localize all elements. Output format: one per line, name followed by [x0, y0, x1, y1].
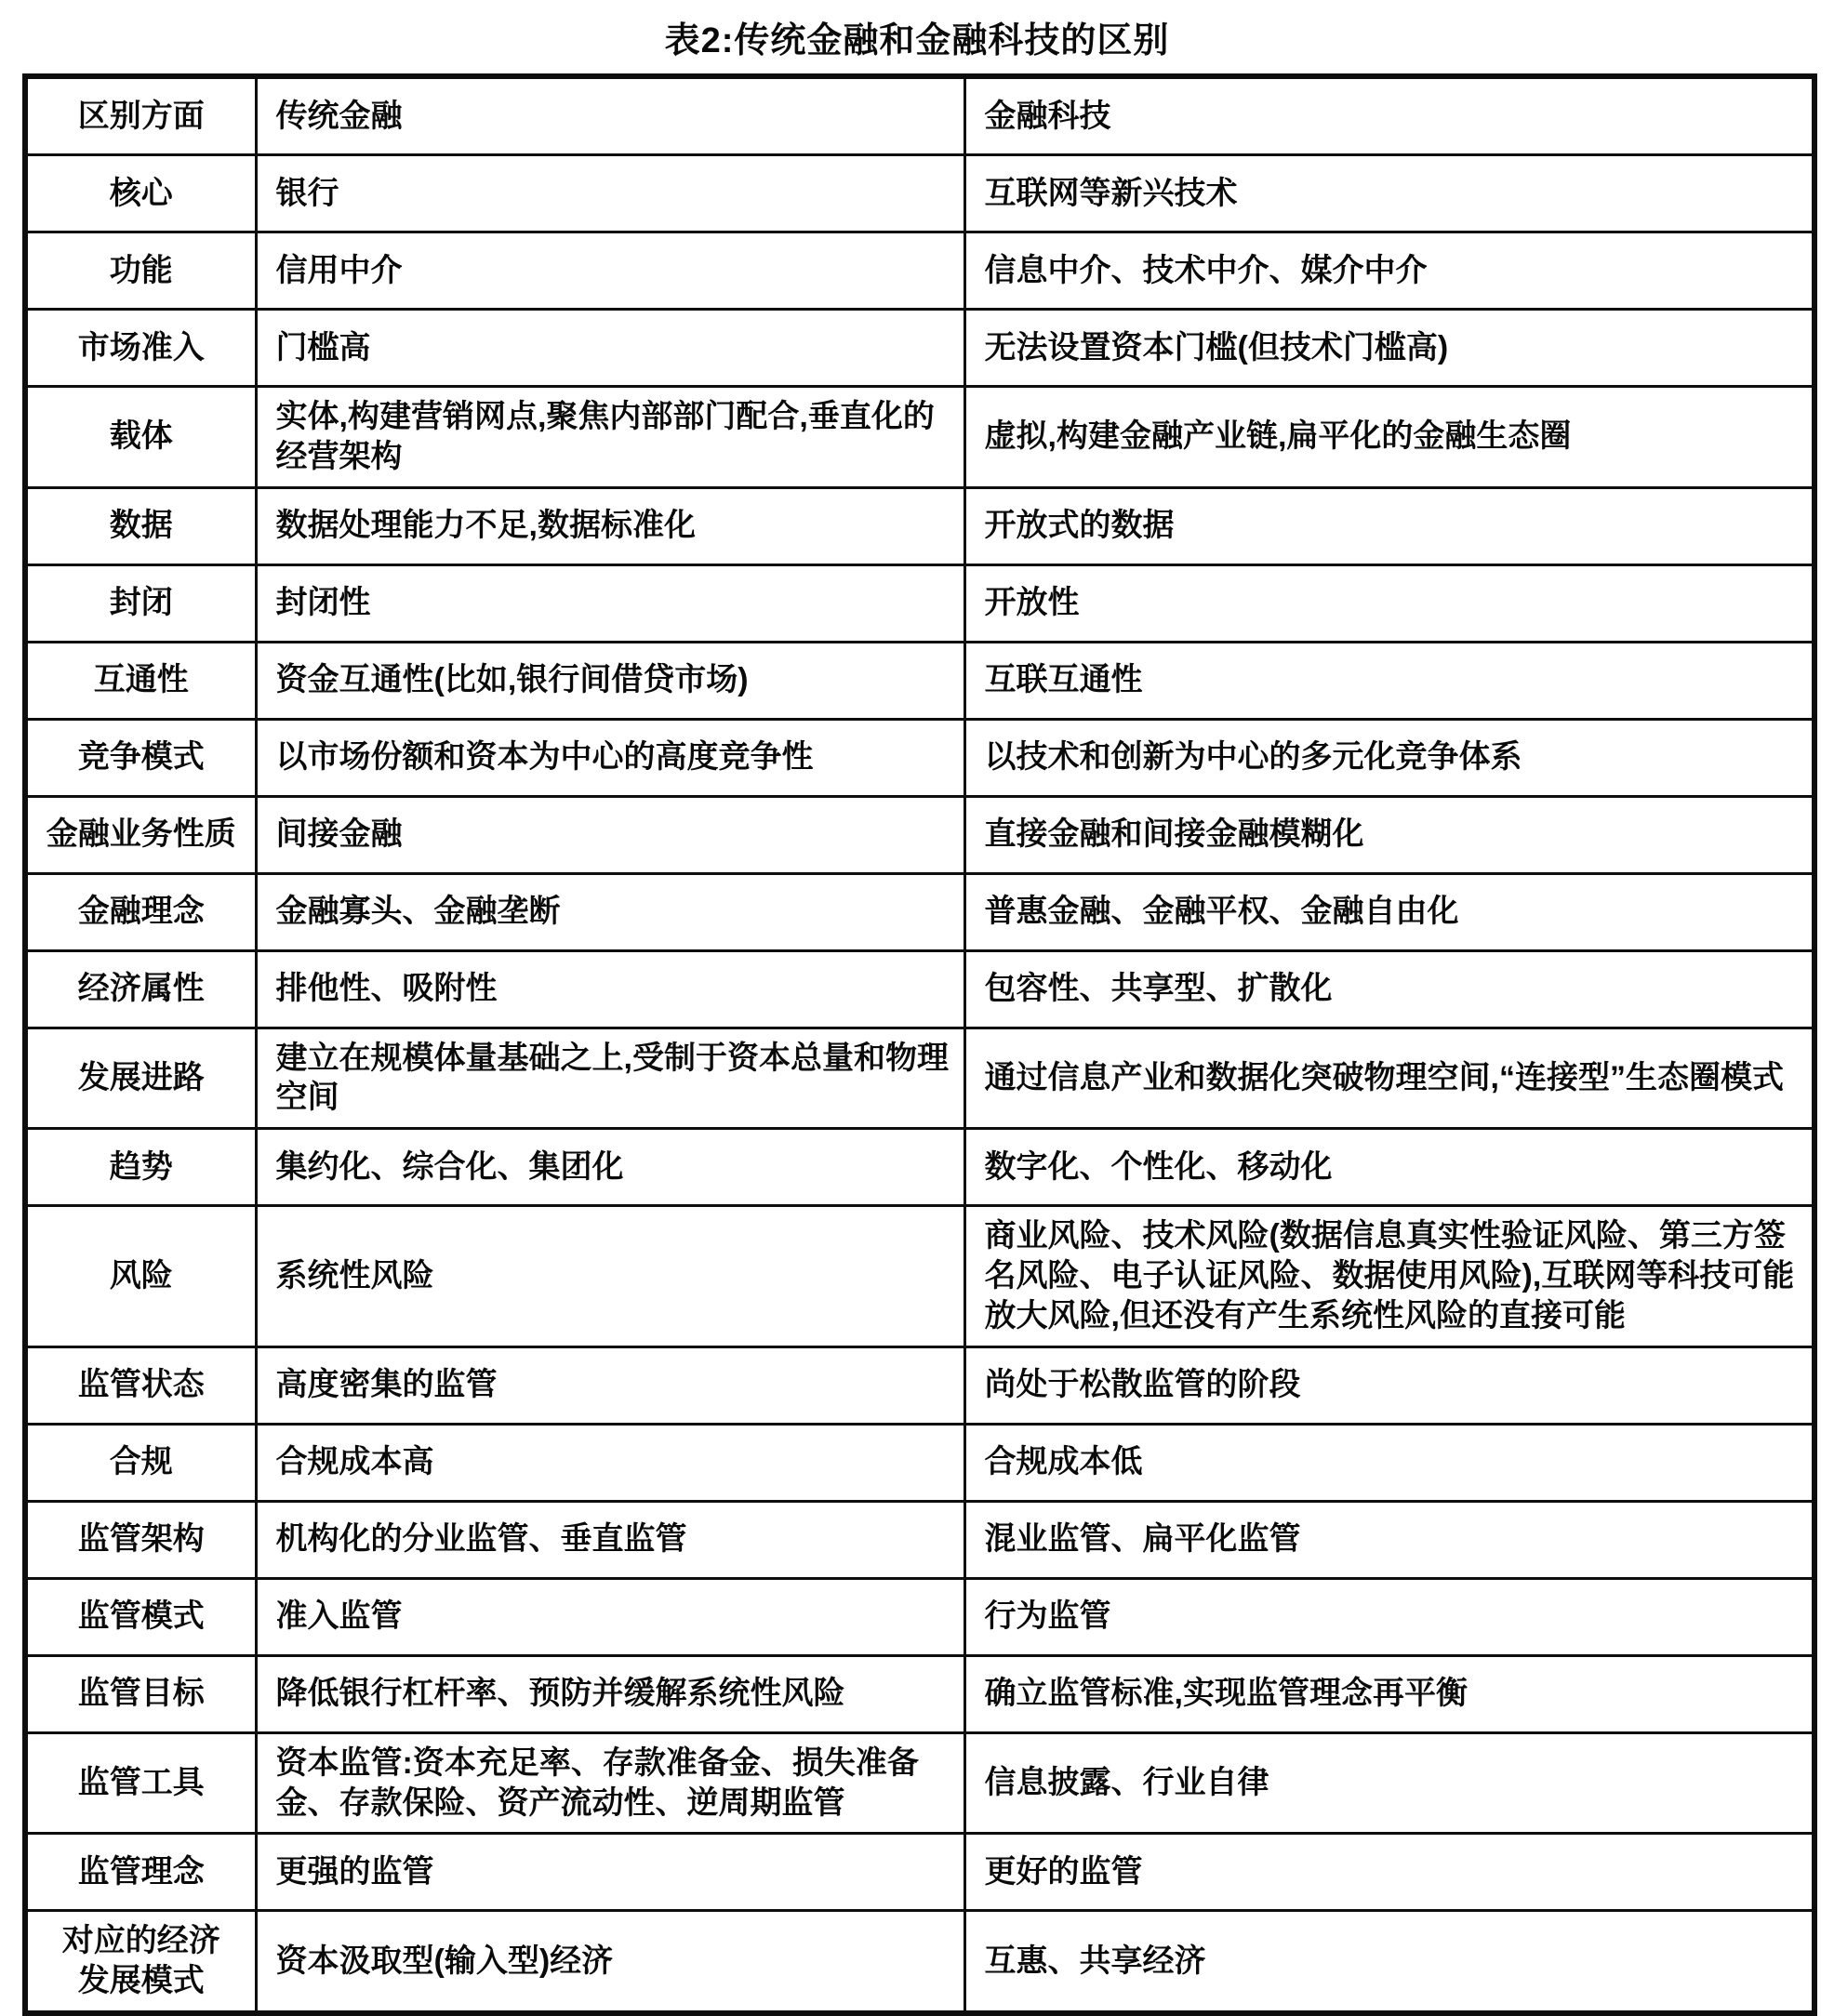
fintech-cell: 互惠、共享经济 [964, 1911, 1814, 2013]
table-row: 趋势集约化、综合化、集团化数字化、个性化、移动化 [25, 1129, 1814, 1206]
aspect-cell: 监管模式 [25, 1578, 256, 1655]
table-body: 核心银行互联网等新兴技术功能信用中介信息中介、技术中介、媒介中介市场准入门槛高无… [25, 155, 1814, 2014]
aspect-cell: 风险 [25, 1206, 256, 1346]
traditional-finance-cell: 更强的监管 [256, 1834, 964, 1911]
header-traditional-finance: 传统金融 [256, 76, 964, 155]
traditional-finance-cell: 降低银行杠杆率、预防并缓解系统性风险 [256, 1655, 964, 1732]
fintech-cell: 互联互通性 [964, 642, 1814, 719]
aspect-cell: 载体 [25, 387, 256, 488]
table-row: 对应的经济 发展模式资本汲取型(输入型)经济互惠、共享经济 [25, 1911, 1814, 2013]
table-row: 金融理念金融寡头、金融垄断普惠金融、金融平权、金融自由化 [25, 873, 1814, 950]
table-row: 载体实体,构建营销网点,聚焦内部部门配合,垂直化的经营架构虚拟,构建金融产业链,… [25, 387, 1814, 488]
fintech-cell: 合规成本低 [964, 1424, 1814, 1501]
table-row: 监管理念更强的监管更好的监管 [25, 1834, 1814, 1911]
aspect-cell: 监管目标 [25, 1655, 256, 1732]
table-row: 互通性资金互通性(比如,银行间借贷市场)互联互通性 [25, 642, 1814, 719]
aspect-cell: 监管架构 [25, 1501, 256, 1578]
aspect-cell: 监管工具 [25, 1732, 256, 1834]
fintech-cell: 普惠金融、金融平权、金融自由化 [964, 873, 1814, 950]
aspect-cell: 核心 [25, 155, 256, 232]
aspect-cell: 发展进路 [25, 1028, 256, 1129]
aspect-cell: 互通性 [25, 642, 256, 719]
traditional-finance-cell: 建立在规模体量基础之上,受制于资本总量和物理空间 [256, 1028, 964, 1129]
fintech-cell: 混业监管、扁平化监管 [964, 1501, 1814, 1578]
table-row: 经济属性排他性、吸附性包容性、共享型、扩散化 [25, 950, 1814, 1028]
table-row: 核心银行互联网等新兴技术 [25, 155, 1814, 232]
traditional-finance-cell: 高度密集的监管 [256, 1346, 964, 1424]
header-aspect: 区别方面 [25, 76, 256, 155]
fintech-cell: 确立监管标准,实现监管理念再平衡 [964, 1655, 1814, 1732]
table-row: 市场准入门槛高无法设置资本门槛(但技术门槛高) [25, 310, 1814, 387]
fintech-cell: 更好的监管 [964, 1834, 1814, 1911]
traditional-finance-cell: 以市场份额和资本为中心的高度竞争性 [256, 719, 964, 796]
header-fintech: 金融科技 [964, 76, 1814, 155]
aspect-cell: 数据 [25, 487, 256, 564]
traditional-finance-cell: 系统性风险 [256, 1206, 964, 1346]
table-row: 发展进路建立在规模体量基础之上,受制于资本总量和物理空间通过信息产业和数据化突破… [25, 1028, 1814, 1129]
traditional-finance-cell: 信用中介 [256, 232, 964, 310]
document-page: 表2:传统金融和金融科技的区别 区别方面 传统金融 金融科技 核心银行互联网等新… [0, 0, 1834, 2016]
aspect-cell: 监管状态 [25, 1346, 256, 1424]
aspect-cell: 竞争模式 [25, 719, 256, 796]
table-row: 合规合规成本高合规成本低 [25, 1424, 1814, 1501]
traditional-finance-cell: 数据处理能力不足,数据标准化 [256, 487, 964, 564]
table-row: 监管目标降低银行杠杆率、预防并缓解系统性风险确立监管标准,实现监管理念再平衡 [25, 1655, 1814, 1732]
aspect-cell: 封闭 [25, 564, 256, 642]
table-header: 区别方面 传统金融 金融科技 [25, 76, 1814, 155]
traditional-finance-cell: 集约化、综合化、集团化 [256, 1129, 964, 1206]
traditional-finance-cell: 资本汲取型(输入型)经济 [256, 1911, 964, 2013]
traditional-finance-cell: 间接金融 [256, 796, 964, 873]
traditional-finance-cell: 机构化的分业监管、垂直监管 [256, 1501, 964, 1578]
fintech-cell: 商业风险、技术风险(数据信息真实性验证风险、第三方签名风险、电子认证风险、数据使… [964, 1206, 1814, 1346]
aspect-cell: 监管理念 [25, 1834, 256, 1911]
aspect-cell: 金融理念 [25, 873, 256, 950]
aspect-cell: 功能 [25, 232, 256, 310]
table-row: 功能信用中介信息中介、技术中介、媒介中介 [25, 232, 1814, 310]
table-row: 监管架构机构化的分业监管、垂直监管混业监管、扁平化监管 [25, 1501, 1814, 1578]
comparison-table: 区别方面 传统金融 金融科技 核心银行互联网等新兴技术功能信用中介信息中介、技术… [22, 73, 1817, 2016]
aspect-cell: 经济属性 [25, 950, 256, 1028]
table-row: 封闭封闭性开放性 [25, 564, 1814, 642]
traditional-finance-cell: 资本监管:资本充足率、存款准备金、损失准备金、存款保险、资产流动性、逆周期监管 [256, 1732, 964, 1834]
fintech-cell: 尚处于松散监管的阶段 [964, 1346, 1814, 1424]
traditional-finance-cell: 合规成本高 [256, 1424, 964, 1501]
fintech-cell: 信息披露、行业自律 [964, 1732, 1814, 1834]
fintech-cell: 互联网等新兴技术 [964, 155, 1814, 232]
fintech-cell: 包容性、共享型、扩散化 [964, 950, 1814, 1028]
traditional-finance-cell: 银行 [256, 155, 964, 232]
traditional-finance-cell: 封闭性 [256, 564, 964, 642]
traditional-finance-cell: 门槛高 [256, 310, 964, 387]
header-row: 区别方面 传统金融 金融科技 [25, 76, 1814, 155]
traditional-finance-cell: 资金互通性(比如,银行间借贷市场) [256, 642, 964, 719]
traditional-finance-cell: 金融寡头、金融垄断 [256, 873, 964, 950]
traditional-finance-cell: 准入监管 [256, 1578, 964, 1655]
aspect-cell: 市场准入 [25, 310, 256, 387]
aspect-cell: 合规 [25, 1424, 256, 1501]
table-row: 监管工具资本监管:资本充足率、存款准备金、损失准备金、存款保险、资产流动性、逆周… [25, 1732, 1814, 1834]
aspect-cell: 金融业务性质 [25, 796, 256, 873]
traditional-finance-cell: 实体,构建营销网点,聚焦内部部门配合,垂直化的经营架构 [256, 387, 964, 488]
table-row: 风险系统性风险商业风险、技术风险(数据信息真实性验证风险、第三方签名风险、电子认… [25, 1206, 1814, 1346]
table-row: 金融业务性质间接金融直接金融和间接金融模糊化 [25, 796, 1814, 873]
table-row: 竞争模式以市场份额和资本为中心的高度竞争性以技术和创新为中心的多元化竞争体系 [25, 719, 1814, 796]
table-title: 表2:传统金融和金融科技的区别 [0, 11, 1834, 62]
aspect-cell: 对应的经济 发展模式 [25, 1911, 256, 2013]
fintech-cell: 直接金融和间接金融模糊化 [964, 796, 1814, 873]
fintech-cell: 无法设置资本门槛(但技术门槛高) [964, 310, 1814, 387]
fintech-cell: 数字化、个性化、移动化 [964, 1129, 1814, 1206]
fintech-cell: 信息中介、技术中介、媒介中介 [964, 232, 1814, 310]
fintech-cell: 开放性 [964, 564, 1814, 642]
table-row: 数据数据处理能力不足,数据标准化开放式的数据 [25, 487, 1814, 564]
aspect-cell: 趋势 [25, 1129, 256, 1206]
table-row: 监管状态高度密集的监管尚处于松散监管的阶段 [25, 1346, 1814, 1424]
fintech-cell: 通过信息产业和数据化突破物理空间,“连接型”生态圈模式 [964, 1028, 1814, 1129]
fintech-cell: 虚拟,构建金融产业链,扁平化的金融生态圈 [964, 387, 1814, 488]
table-row: 监管模式准入监管行为监管 [25, 1578, 1814, 1655]
fintech-cell: 行为监管 [964, 1578, 1814, 1655]
fintech-cell: 开放式的数据 [964, 487, 1814, 564]
traditional-finance-cell: 排他性、吸附性 [256, 950, 964, 1028]
fintech-cell: 以技术和创新为中心的多元化竞争体系 [964, 719, 1814, 796]
